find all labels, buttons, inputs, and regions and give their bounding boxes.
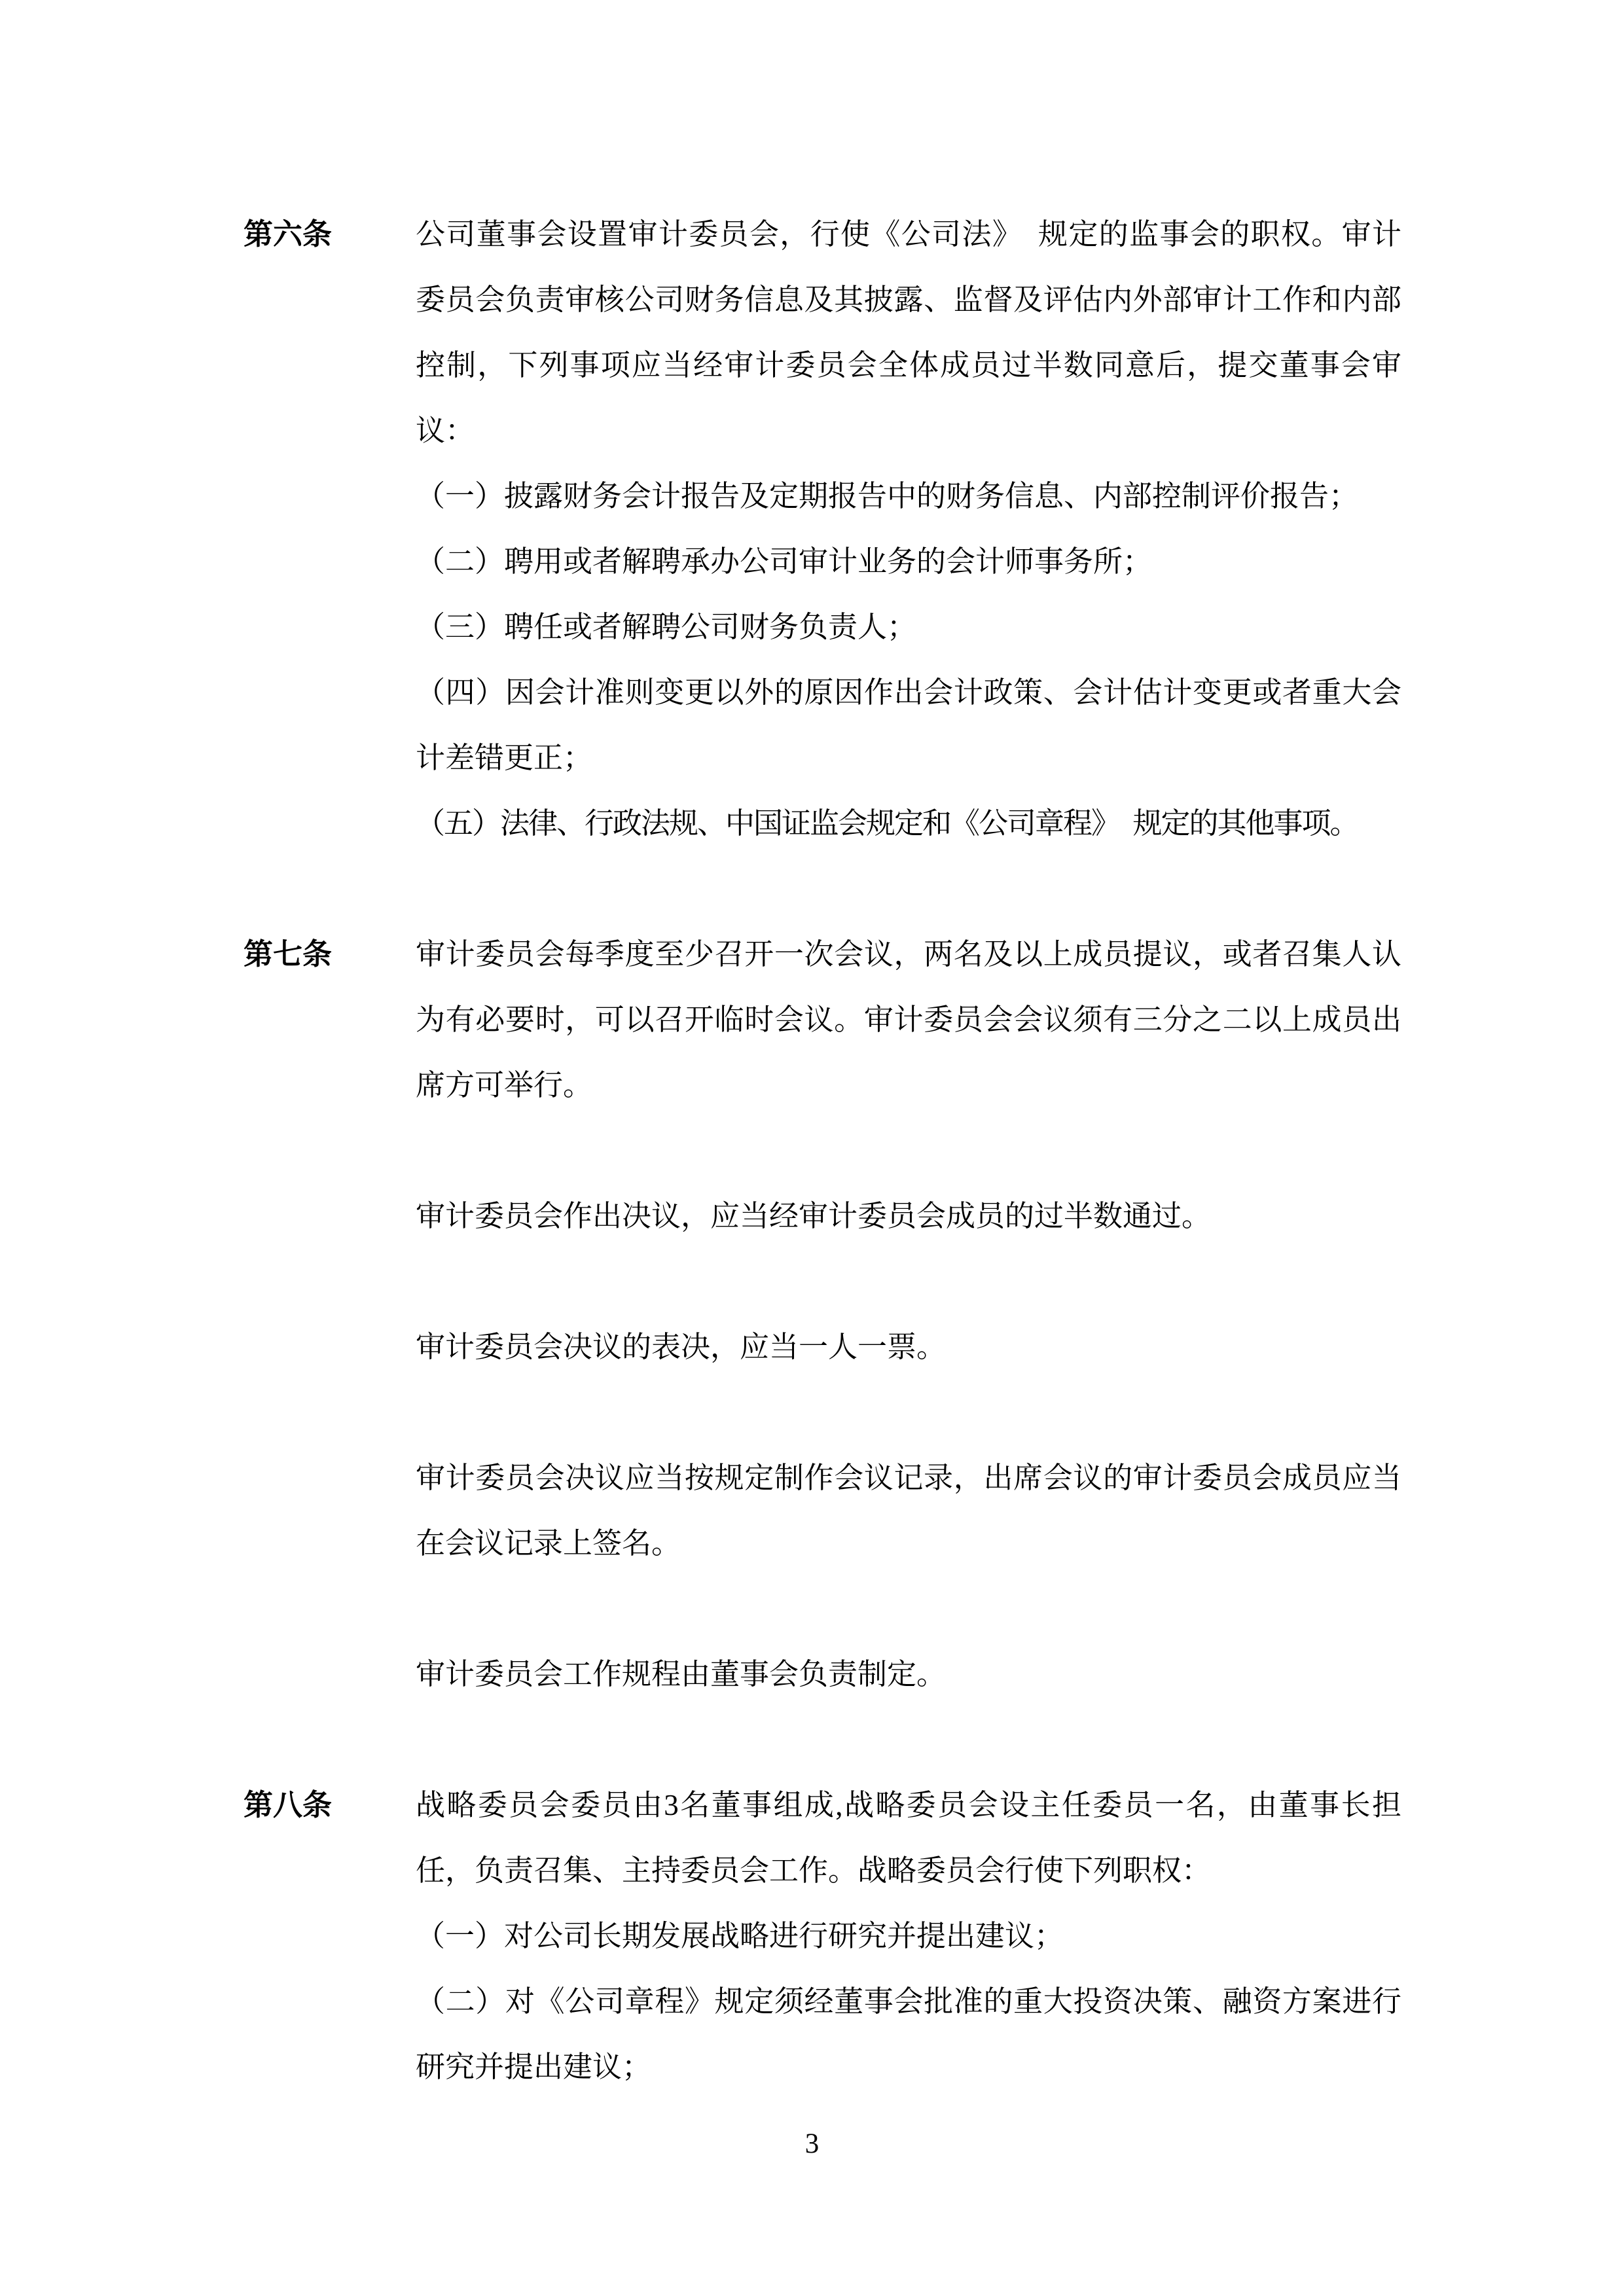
article-6-lead: 公司董事会设置审计委员会，行使《公司法》 规定的监事会的职权。审计委员会负责审核… xyxy=(416,202,1401,463)
article-7: 第七条 审计委员会每季度至少召开一次会议，两名及以上成员提议，或者召集人认为有必… xyxy=(416,922,1401,1707)
article-7-label: 第七条 xyxy=(244,922,332,987)
article-6-item-1: （一）披露财务会计报告及定期报告中的财务信息、内部控制评价报告； xyxy=(416,463,1401,529)
article-6-label: 第六条 xyxy=(244,202,332,267)
article-6-item-4: （四）因会计准则变更以外的原因作出会计政策、会计估计变更或者重大会计差错更正； xyxy=(416,660,1401,791)
article-8-item-1: （一）对公司长期发展战略进行研究并提出建议； xyxy=(416,1903,1401,1969)
article-7-paragraph-1: 审计委员会每季度至少召开一次会议，两名及以上成员提议，或者召集人认为有必要时，可… xyxy=(416,922,1401,1118)
page-number: 3 xyxy=(0,2128,1624,2160)
article-6: 第六条 公司董事会设置审计委员会，行使《公司法》 规定的监事会的职权。审计委员会… xyxy=(416,202,1401,856)
article-6-item-2: （二）聘用或者解聘承办公司审计业务的会计师事务所； xyxy=(416,529,1401,594)
article-6-item-5: （五）法律、行政法规、中国证监会规定和《公司章程》 规定的其他事项。 xyxy=(416,791,1401,856)
article-8-item-2: （二）对《公司章程》规定须经董事会批准的重大投资决策、融资方案进行研究并提出建议… xyxy=(416,1969,1401,2100)
article-8-label: 第八条 xyxy=(244,1772,332,1838)
article-7-paragraph-3: 审计委员会决议的表决，应当一人一票。 xyxy=(416,1314,1401,1380)
article-8-lead: 战略委员会委员由3名董事组成,战略委员会设主任委员一名，由董事长担任，负责召集、… xyxy=(416,1772,1401,1903)
article-7-paragraph-2: 审计委员会作出决议，应当经审计委员会成员的过半数通过。 xyxy=(416,1183,1401,1249)
article-8: 第八条 战略委员会委员由3名董事组成,战略委员会设主任委员一名，由董事长担任，负… xyxy=(416,1772,1401,2100)
article-7-paragraph-4: 审计委员会决议应当按规定制作会议记录，出席会议的审计委员会成员应当在会议记录上签… xyxy=(416,1445,1401,1576)
article-6-item-3: （三）聘任或者解聘公司财务负责人； xyxy=(416,594,1401,660)
article-7-paragraph-5: 审计委员会工作规程由董事会负责制定。 xyxy=(416,1641,1401,1707)
document-page: 第六条 公司董事会设置审计委员会，行使《公司法》 规定的监事会的职权。审计委员会… xyxy=(0,0,1624,2296)
